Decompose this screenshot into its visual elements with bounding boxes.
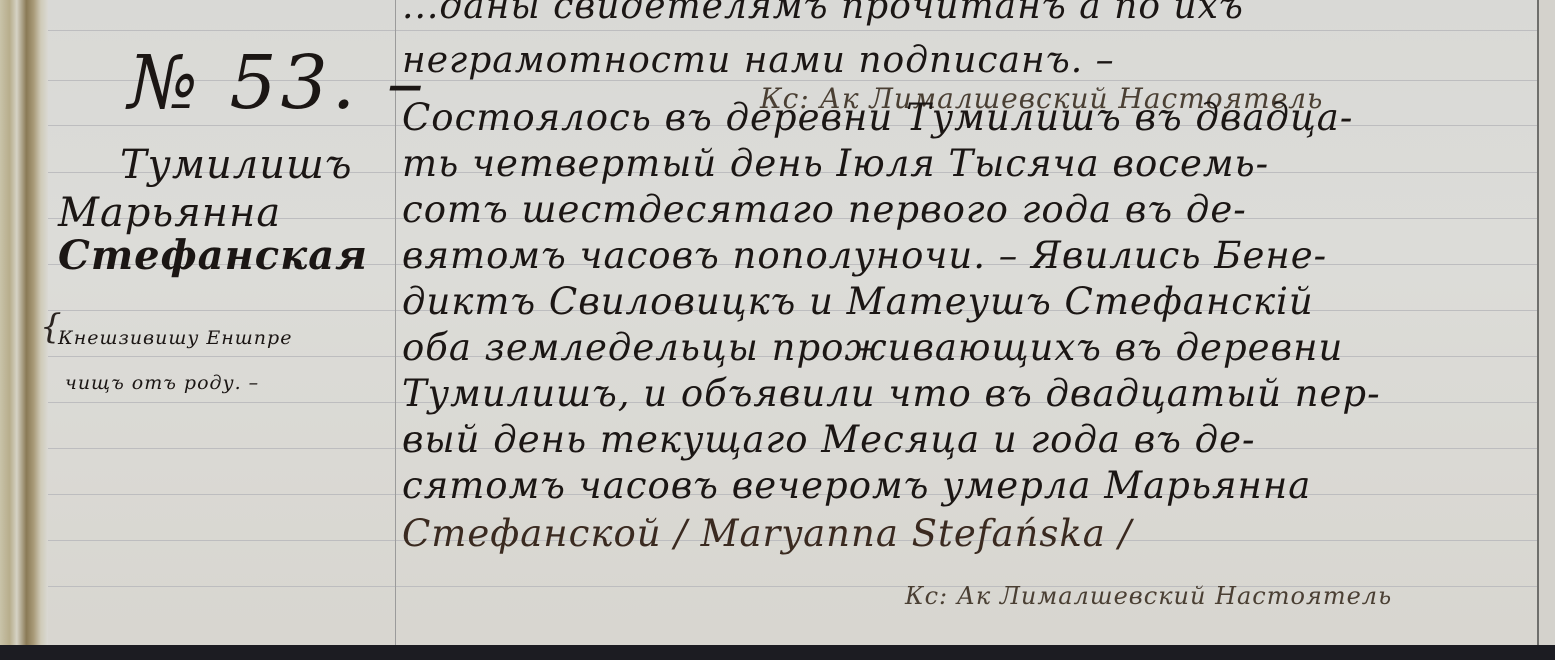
body-line: диктъ Свиловицкъ и Матеушъ Стефанскій	[402, 280, 1314, 323]
margin-note-line-2: чищъ отъ роду. –	[65, 372, 259, 394]
ruled-line	[48, 30, 1538, 31]
body-line: вый день текущаго Месяца и года въ де-	[402, 418, 1256, 461]
margin-note-line-1: Кнешзивишу Еншпре	[58, 327, 292, 349]
priest-signature-bottom: Кс: Ак Лималшевский Настоятель	[905, 582, 1392, 610]
register-page: № 53. – Тумилишъ Марьянна Стефанская { К…	[0, 0, 1555, 645]
body-line-previous-end: неграмотности нами подписанъ. –	[402, 40, 1115, 81]
body-line-deceased-name: Стефанской / Maryanna Stefańska /	[402, 512, 1132, 555]
body-line-previous-entry: ...даны свидетелямъ прочитанъ а по ихъ	[402, 0, 1244, 27]
margin-first-name: Марьянна	[58, 190, 281, 236]
body-line: Тумилишъ, и объявили что въ двадцатый пе…	[402, 372, 1381, 415]
margin-village: Тумилишъ	[120, 142, 353, 188]
next-page-edge	[1539, 0, 1555, 645]
body-line: вятомъ часовъ пополуночи. – Явились Бене…	[402, 234, 1327, 277]
body-line: Состоялось въ деревни Тумилишъ въ двадца…	[402, 96, 1353, 139]
body-line: оба земледельцы проживающихъ въ деревни	[402, 326, 1343, 369]
entry-number: № 53. –	[128, 40, 428, 126]
body-line: сотъ шестдесятаго первого года въ де-	[402, 188, 1247, 231]
body-line: ть четвертый день Іюля Тысяча восемь-	[402, 142, 1269, 185]
body-line: сятомъ часовъ вечеромъ умерла Марьянна	[402, 464, 1311, 507]
margin-last-name: Стефанская	[58, 232, 368, 279]
